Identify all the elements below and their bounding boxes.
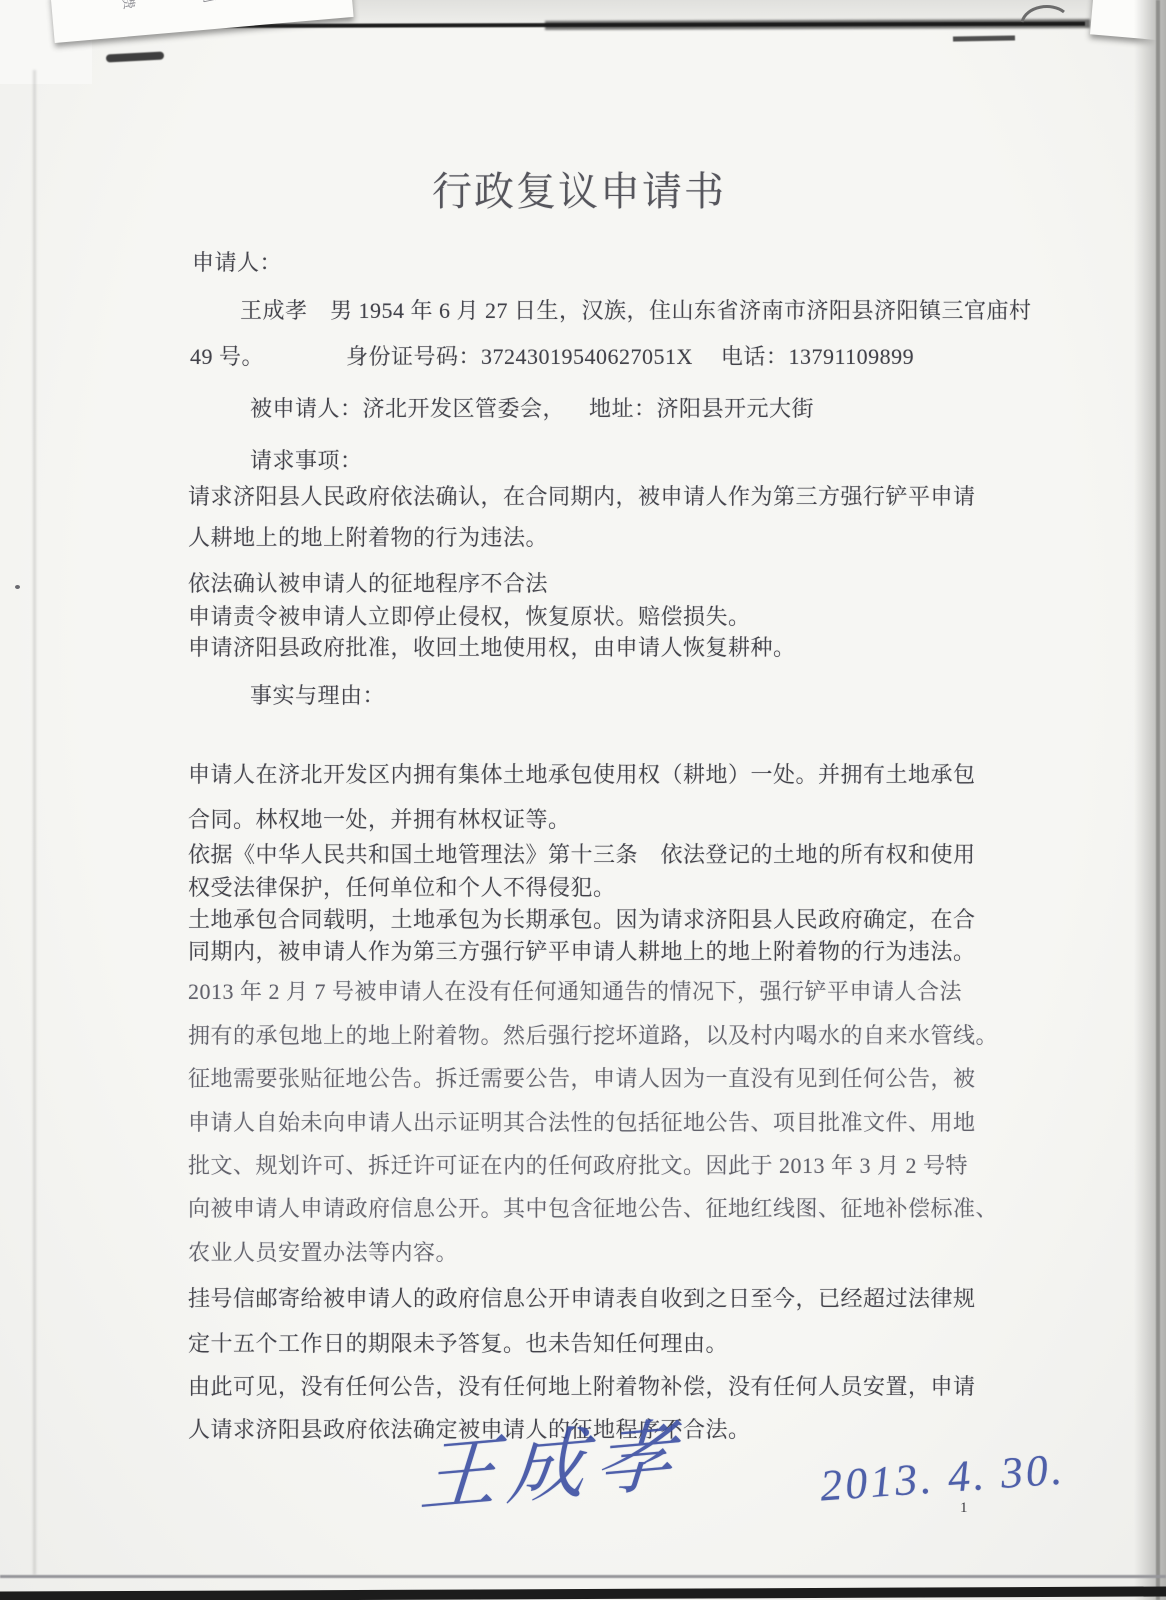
request-line: 依法确认被申请人的征地程序不合法 [188,567,548,598]
facts-line: 申请人在济北开发区内拥有集体土地承包使用权（耕地）一处。并拥有土地承包 [188,758,976,789]
document-title: 行政复议申请书 [432,160,726,217]
request-line: 申请责令被申请人立即停止侵权，恢复原状。赔偿损失。 [188,600,751,631]
facts-line: 2013 年 2 月 7 号被申请人在没有任何通知通告的情况下，强行铲平申请人合… [188,975,962,1006]
scan-artifact-bottom-edge-thick [0,1586,1166,1600]
phone-label: 电话： [721,344,789,369]
signature-handwriting: 王成孝 [417,1392,688,1528]
scan-artifact-pen-mark [953,35,1015,41]
scan-artifact-paperclip [1018,0,1070,24]
applicant-label: 申请人： [192,246,282,277]
page-number: 1 [960,1500,968,1517]
respondent-address-label: 地址： [589,396,657,421]
scrap-text-fragment: 例 [197,0,219,4]
facts-line: 批文、规划许可、拆迁许可证在内的任何政府批文。因此于 2013 年 3 月 2 … [188,1149,968,1180]
applicant-id-line: 49 号。身份证号码：37243019540627051X电话：13791109… [190,340,914,371]
respondent-address: 济阳县开元大街 [657,396,815,421]
facts-line: 由此可见，没有任何公告，没有任何地上附着物补偿，没有任何人员安置，申请 [188,1370,976,1401]
facts-line: 土地承包合同载明，土地承包为长期承包。因为请求济阳县人民政府确定，在合 [188,903,976,934]
id-number-value: 37243019540627051X [481,344,693,369]
applicant-info-line: 王成孝 男 1954 年 6 月 27 日生，汉族，住山东省济南市济阳县济阳镇三… [240,294,1032,325]
scan-artifact-top-edge-shadow [545,19,1090,30]
facts-line: 征地需要张贴征地公告。拆迁需要公告，申请人因为一直没有见到任何公告，被 [188,1062,976,1093]
facts-line: 同期内，被申请人作为第三方强行铲平申请人耕地上的地上附着物的行为违法。 [188,935,976,966]
scan-artifact-staple-mark [106,51,164,62]
respondent-line: 被申请人：济北开发区管委会，地址：济阳县开元大街 [250,392,814,423]
facts-line: 合同。林权地一处，并拥有林权证等。 [188,803,571,834]
scan-artifact-left-crease [33,70,36,1575]
signature-date-handwriting: 2013. 4. 30. [819,1444,1067,1512]
request-line: 人耕地上的地上附着物的行为违法。 [188,521,548,552]
applicant-address-continued: 49 号。 [190,344,264,369]
scan-artifact-right-edge-line [1156,0,1160,1600]
request-heading: 请求事项： [250,444,363,475]
scrap-text-fragment: 费 [117,0,139,11]
facts-heading: 事实与理由： [250,679,385,710]
scan-artifact-right-edge-shadow [1134,0,1166,1600]
respondent-name: 济北开发区管委会， [363,396,566,421]
facts-line: 权受法律保护，任何单位和个人不得侵犯。 [188,871,616,902]
phone-number-value: 13791109899 [788,344,914,369]
request-line: 请求济阳县人民政府依法确认，在合同期内，被申请人作为第三方强行铲平申请 [188,480,976,511]
request-line: 申请济阳县政府批准，收回土地使用权，由申请人恢复耕种。 [188,631,796,662]
scanned-page: 费 例 保 损 行政复议申请书 申请人： 王成孝 男 1954 年 6 月 27… [0,0,1166,1600]
scan-artifact-dot [15,585,20,589]
facts-line: 依据《中华人民共和国土地管理法》第十三条 依法登记的土地的所有权和使用 [188,838,976,869]
facts-line: 定十五个工作日的期限未予答复。也未告知任何理由。 [188,1327,728,1358]
facts-line: 拥有的承包地上的地上附着物。然后强行挖坏道路，以及村内喝水的自来水管线。 [188,1019,998,1050]
scan-artifact-bottom-edge-thin [0,1575,1166,1578]
facts-line: 申请人自始未向申请人出示证明其合法性的包括征地公告、项目批准文件、用地 [188,1106,976,1137]
facts-line: 农业人员安置办法等内容。 [188,1236,458,1267]
facts-line: 向被申请人申请政府信息公开。其中包含征地公告、征地红线图、征地补偿标准、 [188,1192,998,1223]
facts-line: 挂号信邮寄给被申请人的政府信息公开申请表自收到之日至今，已经超过法律规 [188,1282,976,1313]
respondent-label: 被申请人： [250,396,363,421]
id-number-label: 身份证号码： [346,344,481,369]
